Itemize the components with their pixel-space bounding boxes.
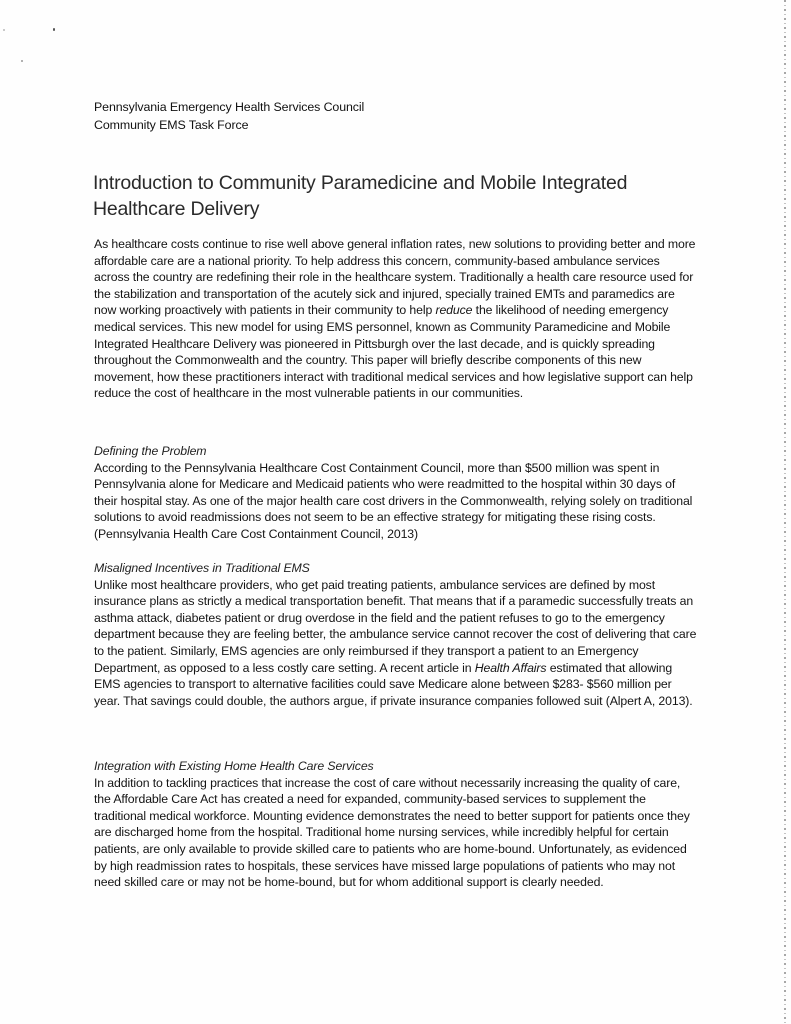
intro-emphasis: reduce bbox=[435, 303, 472, 317]
section-misaligned-incentives: Misaligned Incentives in Traditional EMS… bbox=[94, 560, 698, 709]
section-body: Unlike most healthcare providers, who ge… bbox=[94, 577, 698, 710]
document-page: Pennsylvania Emergency Health Services C… bbox=[0, 0, 791, 1024]
section-heading: Defining the Problem bbox=[94, 443, 698, 460]
intro-paragraph: As healthcare costs continue to rise wel… bbox=[94, 236, 698, 402]
organization-name: Pennsylvania Emergency Health Services C… bbox=[94, 98, 364, 116]
title-line-1: Introduction to Community Paramedicine a… bbox=[93, 172, 627, 194]
scan-speck bbox=[21, 60, 23, 62]
section-body: According to the Pennsylvania Healthcare… bbox=[94, 460, 698, 543]
section-heading: Misaligned Incentives in Traditional EMS bbox=[94, 560, 698, 577]
scan-speck bbox=[53, 28, 55, 31]
section-body: In addition to tackling practices that i… bbox=[94, 775, 698, 891]
section-home-health-integration: Integration with Existing Home Health Ca… bbox=[94, 758, 698, 891]
section-heading: Integration with Existing Home Health Ca… bbox=[94, 758, 698, 775]
document-title: Introduction to Community Paramedicine a… bbox=[93, 170, 693, 222]
scan-speck bbox=[3, 29, 5, 31]
scan-edge-line bbox=[784, 0, 786, 1024]
committee-name: Community EMS Task Force bbox=[94, 116, 364, 134]
journal-title: Health Affairs bbox=[475, 661, 547, 675]
intro-text-2: the likelihood of needing emergency medi… bbox=[94, 303, 693, 400]
section-defining-the-problem: Defining the Problem According to the Pe… bbox=[94, 443, 698, 543]
organization-header: Pennsylvania Emergency Health Services C… bbox=[94, 98, 364, 134]
title-line-2: Healthcare Delivery bbox=[93, 198, 259, 220]
